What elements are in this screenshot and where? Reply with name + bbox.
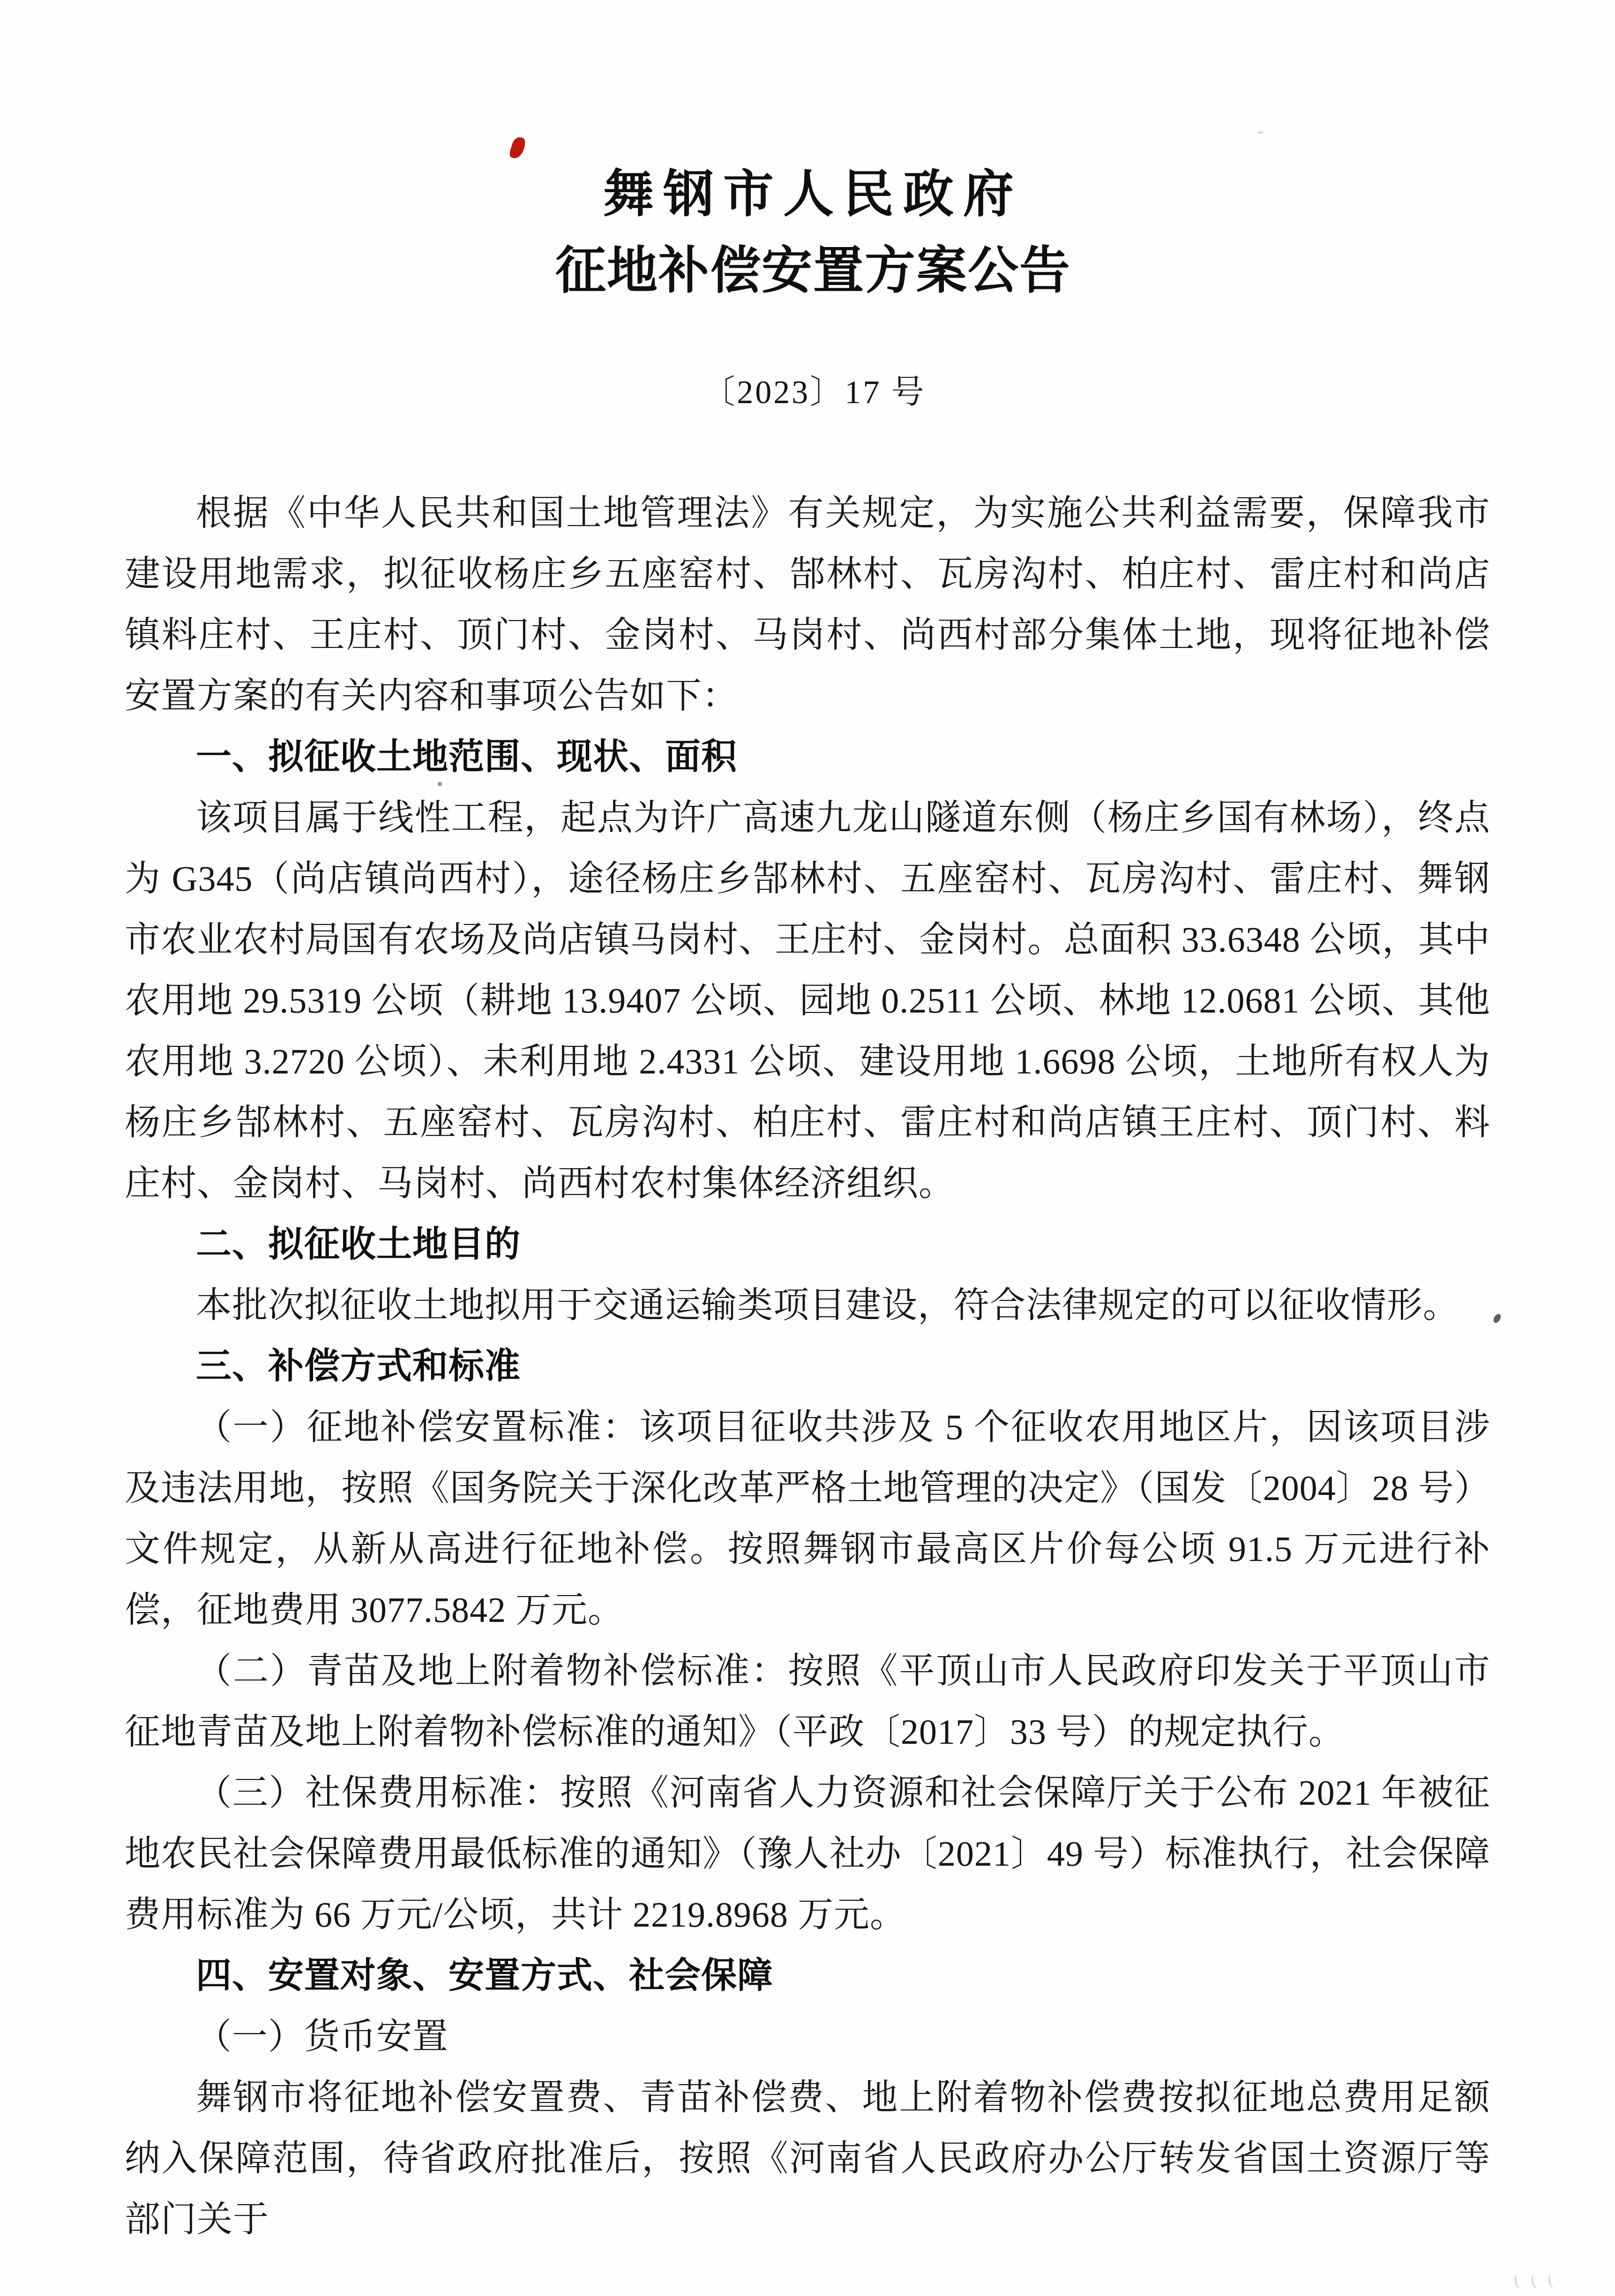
body-paragraph: （一）货币安置 (125, 2006, 1490, 2067)
section-heading: 二、拟征收土地目的 (125, 1214, 1490, 1275)
document-number: 〔2023〕17 号 (7, 369, 1615, 416)
ink-speck (438, 782, 442, 786)
document-title-line1: 舞钢市人民政府 (6, 157, 1615, 233)
ink-speck (1258, 131, 1264, 134)
body-paragraph: 本批次拟征收土地拟用于交通运输类项目建设，符合法律规定的可以征收情形。 (125, 1275, 1490, 1336)
document-title-line2: 征地补偿安置方案公告 (6, 233, 1615, 309)
section-heading: 一、拟征收土地范围、现状、面积 (125, 727, 1490, 788)
announcement-page: 舞钢市人民政府 征地补偿安置方案公告 〔2023〕17 号 根据《中华人民共和国… (0, 0, 1615, 2296)
body-paragraph: （一）征地补偿安置标准：该项目征收共涉及 5 个征收农用地区片，因该项目涉及违法… (125, 1397, 1490, 1641)
ink-speck (1492, 1313, 1502, 1324)
body-paragraph: （二）青苗及地上附着物补偿标准：按照《平顶山市人民政府印发关于平顶山市征地青苗及… (125, 1641, 1490, 1763)
body-paragraph: 根据《中华人民共和国土地管理法》有关规定，为实施公共利益需要，保障我市建设用地需… (125, 483, 1490, 727)
document-body: 根据《中华人民共和国土地管理法》有关规定，为实施公共利益需要，保障我市建设用地需… (125, 483, 1490, 2250)
body-paragraph: （三）社保费用标准：按照《河南省人力资源和社会保障厅关于公布 2021 年被征地… (125, 1763, 1490, 1945)
body-paragraph: 该项目属于线性工程，起点为许广高速九龙山隧道东侧（杨庄乡国有林场），终点为 G3… (125, 788, 1490, 1214)
scanner-smudge (1515, 2274, 1604, 2294)
section-heading: 四、安置对象、安置方式、社会保障 (125, 1945, 1490, 2006)
section-heading: 三、补偿方式和标准 (125, 1336, 1490, 1397)
body-paragraph: 舞钢市将征地补偿安置费、青苗补偿费、地上附着物补偿费按拟征地总费用足额纳入保障范… (125, 2067, 1490, 2250)
